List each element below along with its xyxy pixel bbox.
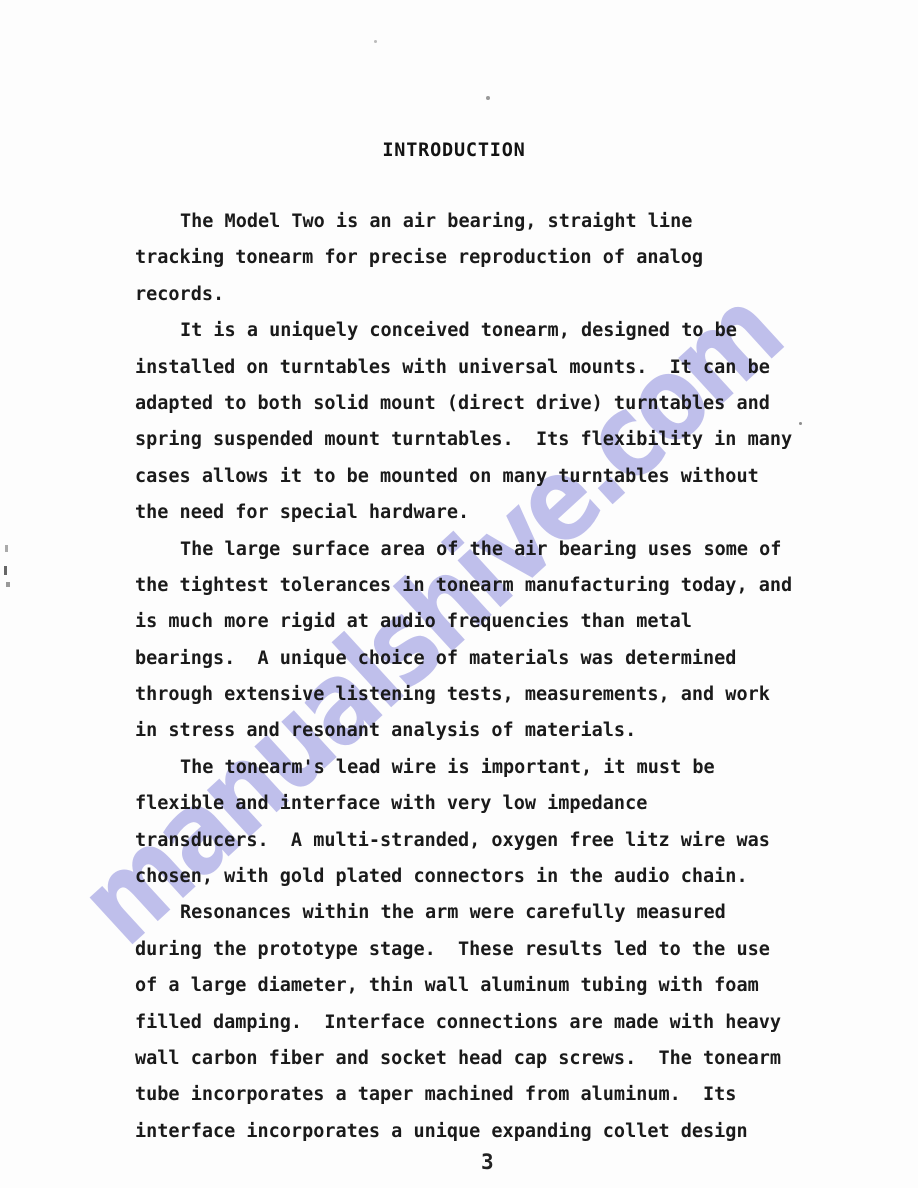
text-line: during the prototype stage. These result… [135,932,875,968]
text-line: The large surface area of the air bearin… [135,532,875,568]
document-body: The Model Two is an air bearing, straigh… [135,204,875,1150]
text-line: is much more rigid at audio frequencies … [135,604,875,640]
text-line: wall carbon fiber and socket head cap sc… [135,1041,875,1077]
text-line: installed on turntables with universal m… [135,350,875,386]
text-line: The Model Two is an air bearing, straigh… [135,204,875,240]
text-line: interface incorporates a unique expandin… [135,1114,875,1150]
text-line: tube incorporates a taper machined from … [135,1077,875,1113]
document-page: manualshive.com INTRODUCTION The Model T… [0,0,918,1188]
text-line: of a large diameter, thin wall aluminum … [135,968,875,1004]
text-line: the tightest tolerances in tonearm manuf… [135,568,875,604]
text-line: tracking tonearm for precise reproductio… [135,240,875,276]
scan-speck [374,40,377,43]
text-line: adapted to both solid mount (direct driv… [135,386,875,422]
scan-speck [799,422,802,425]
text-line: spring suspended mount turntables. Its f… [135,422,875,458]
page-title: INTRODUCTION [0,140,908,161]
scan-speck [486,96,490,100]
text-line: records. [135,277,875,313]
text-line: bearings. A unique choice of materials w… [135,641,875,677]
text-line: filled damping. Interface connections ar… [135,1005,875,1041]
text-line: transducers. A multi-stranded, oxygen fr… [135,823,875,859]
text-line: The tonearm's lead wire is important, it… [135,750,875,786]
page-number: 3 [481,1150,494,1174]
text-line: in stress and resonant analysis of mater… [135,713,875,749]
text-line: through extensive listening tests, measu… [135,677,875,713]
scan-edge-mark [4,566,7,575]
text-line: cases allows it to be mounted on many tu… [135,459,875,495]
text-line: chosen, with gold plated connectors in t… [135,859,875,895]
scan-edge-mark [5,545,8,552]
text-line: Resonances within the arm were carefully… [135,895,875,931]
text-line: It is a uniquely conceived tonearm, desi… [135,313,875,349]
scan-edge-mark [6,582,10,587]
text-line: flexible and interface with very low imp… [135,786,875,822]
text-line: the need for special hardware. [135,495,875,531]
